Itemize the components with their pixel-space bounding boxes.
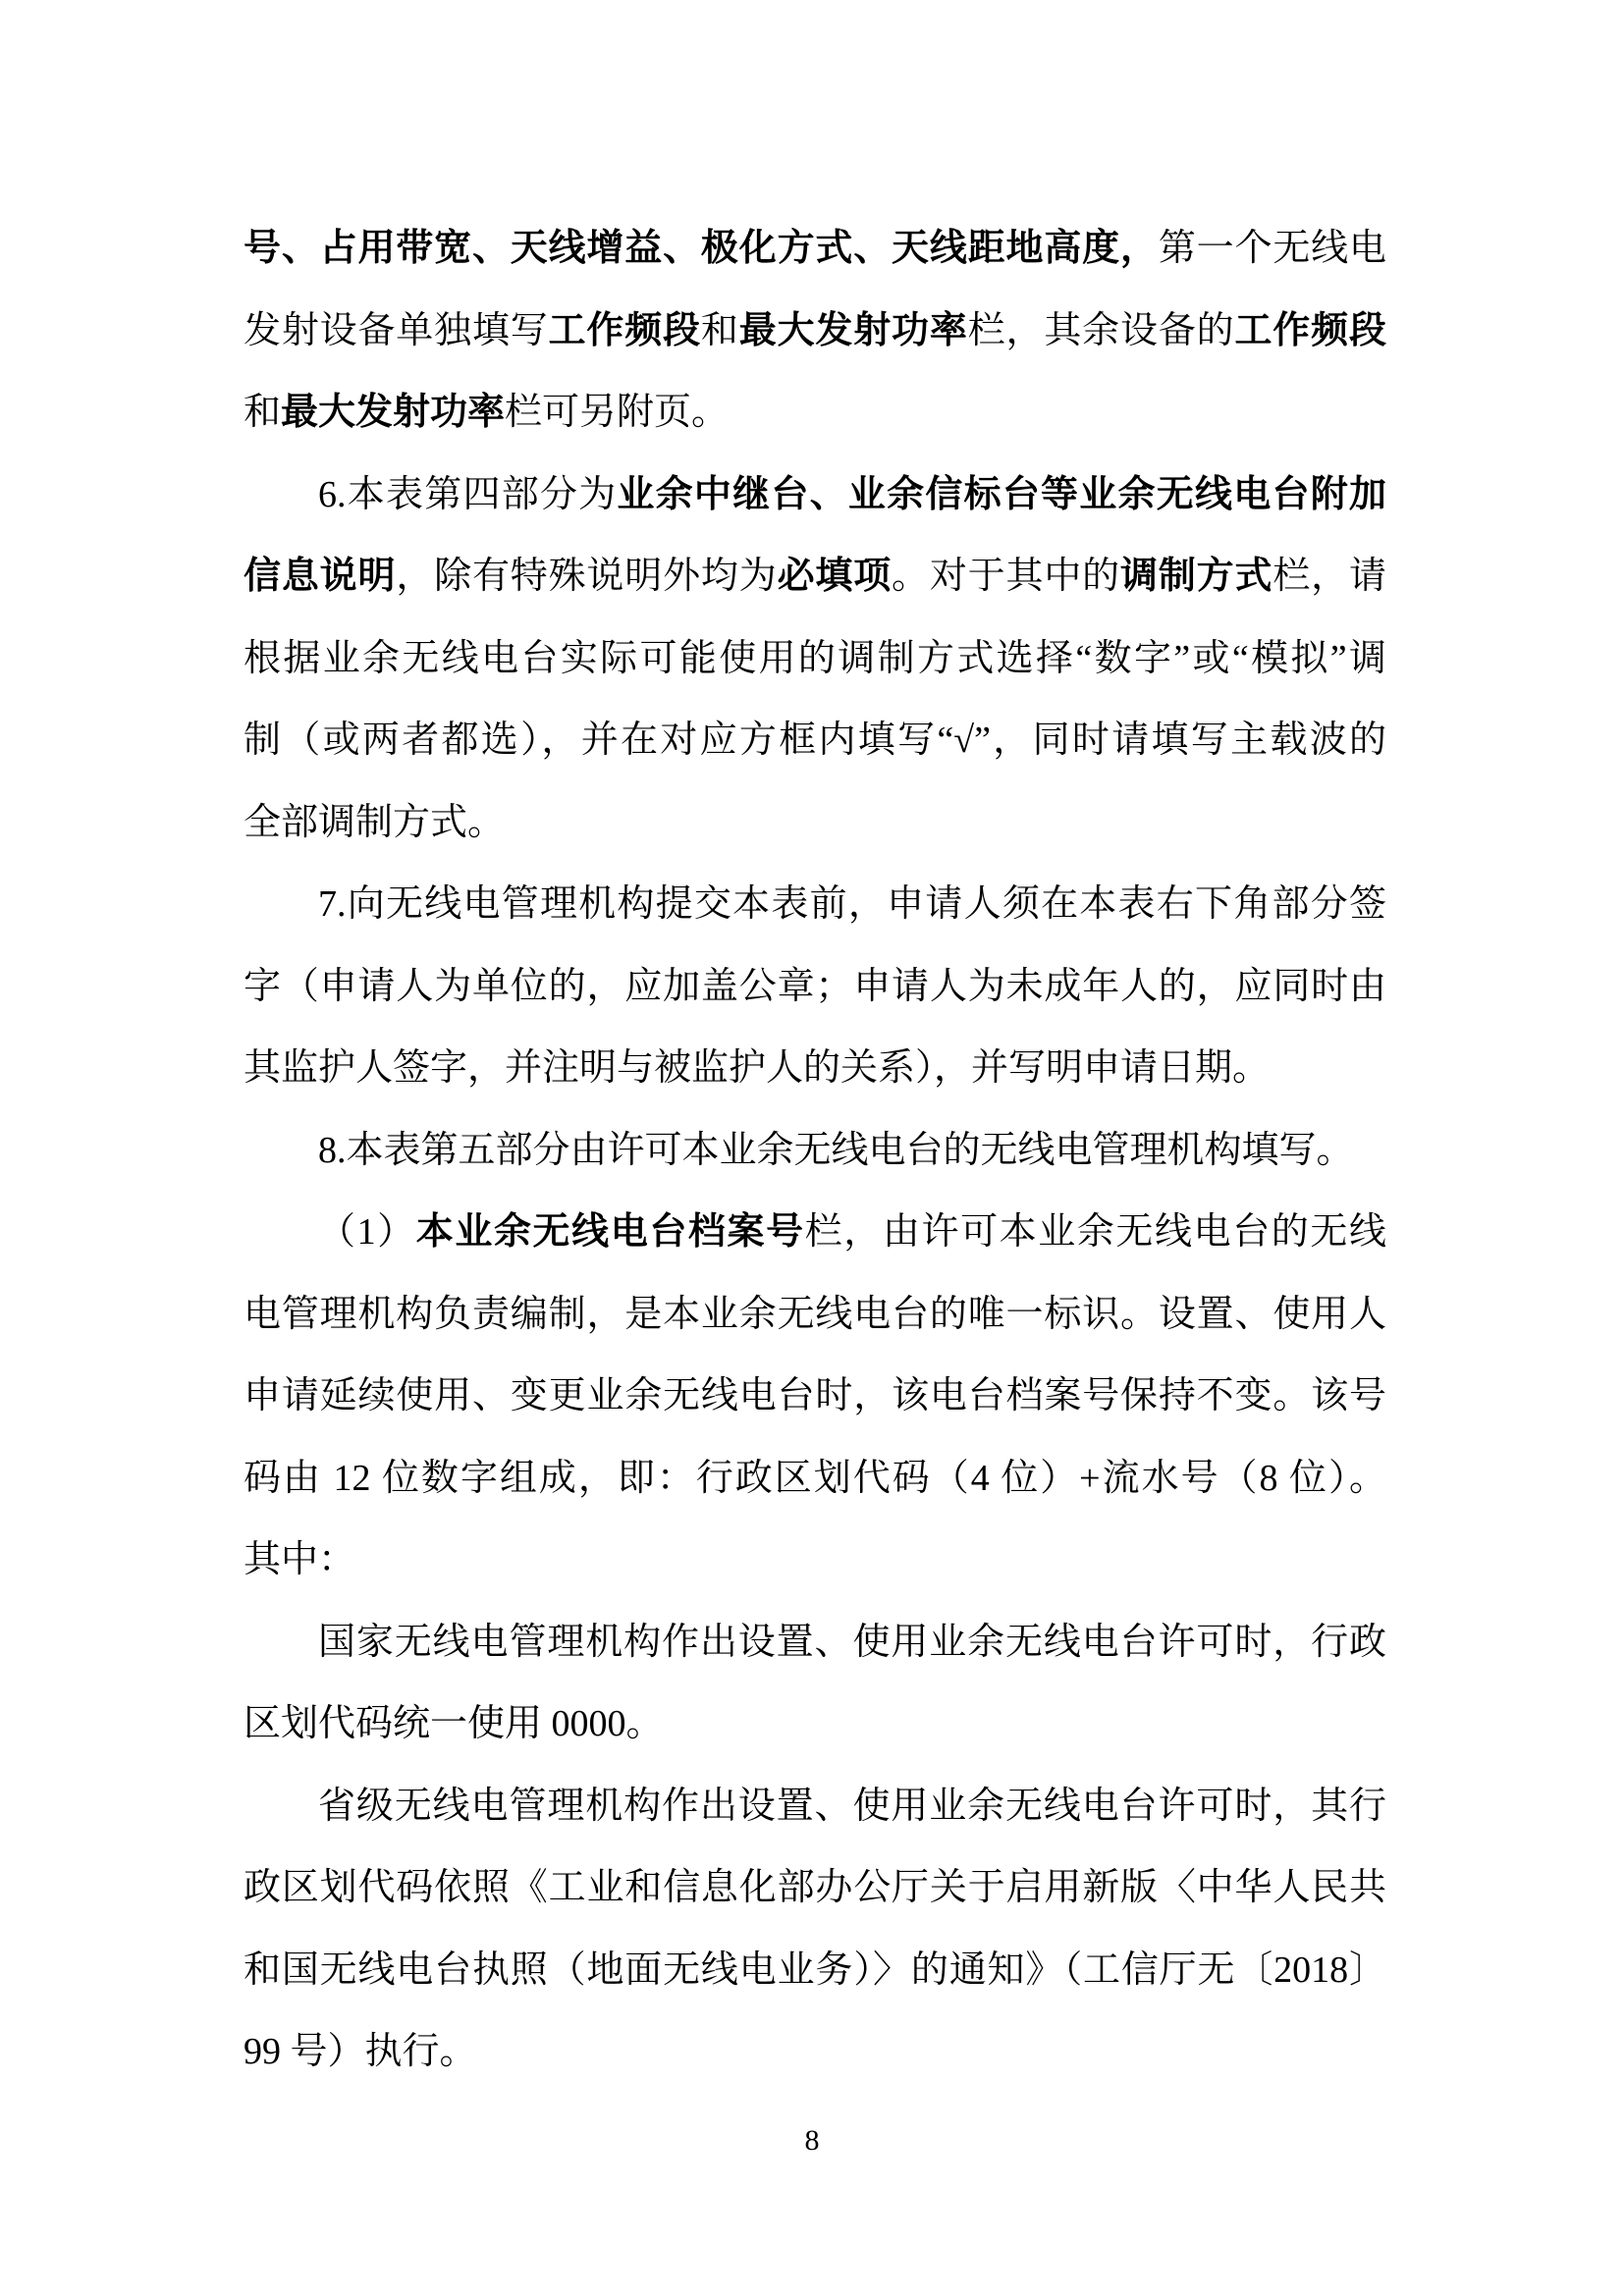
- text-line: 根据业余无线电台实际可能使用的调制方式选择“数字”或“模拟”调: [244, 618, 1386, 701]
- text-line: 其监护人签字，并注明与被监护人的关系），并写明申请日期。: [244, 1028, 1386, 1110]
- text-run: 和国无线电台执照（地面无线电业务）〉的通知》（工信厅无〔2018〕: [244, 1949, 1386, 1991]
- bold-text-run: 最大发射功率: [281, 392, 505, 433]
- text-run: 国家无线电管理机构作出设置、使用业余无线电台许可时，行政: [318, 1622, 1386, 1663]
- text-line: 和国无线电台执照（地面无线电业务）〉的通知》（工信厅无〔2018〕: [244, 1930, 1386, 2012]
- bold-text-run: 最大发射功率: [739, 310, 968, 351]
- text-run: 栏，其余设备的: [968, 310, 1235, 351]
- document-page: 号、占用带宽、天线增益、极化方式、天线距地高度，第一个无线电发射设备单独填写工作…: [0, 0, 1624, 2296]
- bold-text-run: 工作频段: [549, 310, 701, 351]
- text-run: 字（申请人为单位的，应加盖公章；申请人为未成年人的，应同时由: [244, 966, 1386, 1007]
- text-run: 码由 12 位数字组成，即：行政区划代码（4 位）+流水号（8 位）。: [244, 1458, 1386, 1499]
- text-line: 其中：: [244, 1520, 1386, 1602]
- text-line: 国家无线电管理机构作出设置、使用业余无线电台许可时，行政: [244, 1602, 1386, 1684]
- text-line: 全部调制方式。: [244, 782, 1386, 865]
- text-run: 制（或两者都选），并在对应方框内填写“√”，同时请填写主载波的: [244, 720, 1386, 761]
- bold-text-run: 本业余无线电台档案号: [416, 1211, 805, 1253]
- bold-text-run: 业余中继台、业余信标台等业余无线电台附加: [617, 474, 1386, 515]
- text-line: 电管理机构负责编制，是本业余无线电台的唯一标识。设置、使用人: [244, 1274, 1386, 1357]
- text-line: 7.向无线电管理机构提交本表前，申请人须在本表右下角部分签: [244, 864, 1386, 946]
- bold-text-run: 必填项: [778, 556, 892, 597]
- text-line: 制（或两者都选），并在对应方框内填写“√”，同时请填写主载波的: [244, 700, 1386, 782]
- text-run: 栏，请: [1272, 556, 1386, 597]
- text-run: ，除有特殊说明外均为: [396, 556, 777, 597]
- text-line: 字（申请人为单位的，应加盖公章；申请人为未成年人的，应同时由: [244, 946, 1386, 1029]
- text-run: 区划代码统一使用 0000。: [244, 1703, 664, 1744]
- text-line: 发射设备单独填写工作频段和最大发射功率栏，其余设备的工作频段: [244, 291, 1386, 373]
- bold-text-run: 号、占用带宽、天线增益、极化方式、天线距地高度，: [244, 228, 1159, 269]
- text-run: 其监护人签字，并注明与被监护人的关系），并写明申请日期。: [244, 1047, 1270, 1089]
- text-run: 根据业余无线电台实际可能使用的调制方式选择“数字”或“模拟”调: [244, 638, 1386, 679]
- text-run: 政区划代码依照《工业和信息化部办公厅关于启用新版〈中华人民共: [244, 1867, 1386, 1908]
- text-run: 电管理机构负责编制，是本业余无线电台的唯一标识。设置、使用人: [244, 1294, 1386, 1335]
- text-line: 6.本表第四部分为业余中继台、业余信标台等业余无线电台附加: [244, 454, 1386, 537]
- text-run: 全部调制方式。: [244, 802, 505, 843]
- text-run: 99 号）执行。: [244, 2031, 477, 2072]
- text-run: 栏，由许可本业余无线电台的无线: [805, 1211, 1386, 1253]
- text-line: 省级无线电管理机构作出设置、使用业余无线电台许可时，其行: [244, 1766, 1386, 1848]
- text-line: （1）本业余无线电台档案号栏，由许可本业余无线电台的无线: [244, 1192, 1386, 1274]
- text-line: 8.本表第五部分由许可本业余无线电台的无线电管理机构填写。: [244, 1110, 1386, 1193]
- text-run: 发射设备单独填写: [244, 310, 549, 351]
- text-line: 号、占用带宽、天线增益、极化方式、天线距地高度，第一个无线电: [244, 208, 1386, 291]
- page-footer: 8: [0, 2123, 1624, 2159]
- bold-text-run: 工作频段: [1234, 310, 1385, 351]
- text-run: 6.本表第四部分为: [318, 474, 617, 515]
- page-number: 8: [805, 2124, 820, 2157]
- text-run: 8.本表第五部分由许可本业余无线电台的无线电管理机构填写。: [318, 1130, 1354, 1171]
- document-text-block: 号、占用带宽、天线增益、极化方式、天线距地高度，第一个无线电发射设备单独填写工作…: [244, 208, 1386, 2094]
- bold-text-run: 信息说明: [244, 556, 396, 597]
- text-line: 区划代码统一使用 0000。: [244, 1683, 1386, 1766]
- text-run: 申请延续使用、变更业余无线电台时，该电台档案号保持不变。该号: [244, 1375, 1386, 1416]
- text-run: 和: [701, 310, 739, 351]
- text-line: 申请延续使用、变更业余无线电台时，该电台档案号保持不变。该号: [244, 1356, 1386, 1438]
- text-line: 99 号）执行。: [244, 2011, 1386, 2094]
- text-run: 其中：: [244, 1539, 355, 1580]
- text-line: 政区划代码依照《工业和信息化部办公厅关于启用新版〈中华人民共: [244, 1847, 1386, 1930]
- bold-text-run: 调制方式: [1120, 556, 1272, 597]
- text-run: 第一个无线电: [1159, 228, 1386, 269]
- text-line: 码由 12 位数字组成，即：行政区划代码（4 位）+流水号（8 位）。: [244, 1438, 1386, 1521]
- text-run: 省级无线电管理机构作出设置、使用业余无线电台许可时，其行: [318, 1786, 1386, 1827]
- text-run: 栏可另附页。: [505, 392, 729, 433]
- text-run: 和: [244, 392, 281, 433]
- text-run: 7.向无线电管理机构提交本表前，申请人须在本表右下角部分签: [318, 883, 1386, 925]
- text-run: 。对于其中的: [892, 556, 1120, 597]
- text-line: 和最大发射功率栏可另附页。: [244, 372, 1386, 454]
- text-line: 信息说明，除有特殊说明外均为必填项。对于其中的调制方式栏，请: [244, 536, 1386, 618]
- text-run: （1）: [318, 1211, 416, 1253]
